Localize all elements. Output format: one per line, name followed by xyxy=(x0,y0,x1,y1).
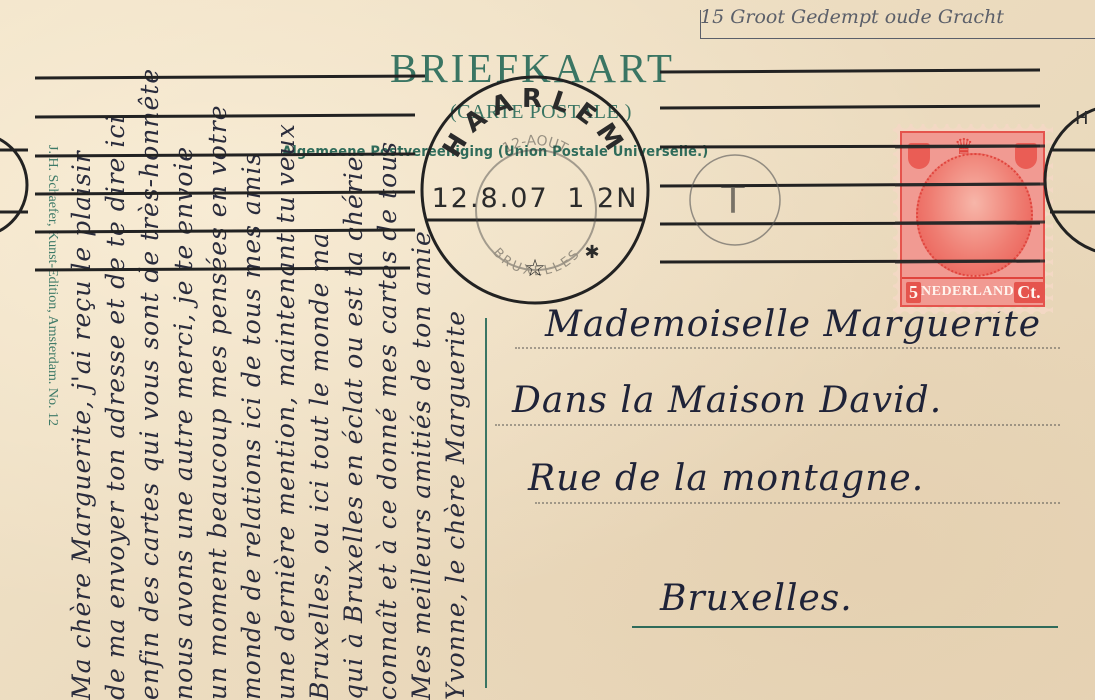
message-line: Bruxelles, ou ici tout le monde ma xyxy=(305,232,334,700)
message-line: de ma envoyer ton adresse et de te dire … xyxy=(101,115,130,700)
postmark-star-icon: ☆ xyxy=(524,254,546,282)
postmark-star-icon: ✱ xyxy=(584,242,599,263)
coat-of-arms-icon xyxy=(908,143,930,169)
message-line: nous avons une autre merci, je te envoie xyxy=(169,146,198,700)
address-line-city: Bruxelles. xyxy=(660,578,853,619)
message-line: connaît et à ce donné mes cartes de tous xyxy=(373,141,402,700)
message-line: Ma chère Marguerite, j'ai reçu le plaisi… xyxy=(67,150,96,700)
publisher-imprint: J. H. Schaefer, Kunst-Edition, Amsterdam… xyxy=(44,145,60,615)
message-line: une dernière mention, maintenant tu veux xyxy=(271,123,300,700)
message-line: Yvonne, le chère Marguerite xyxy=(441,310,470,700)
address-rule-final xyxy=(632,626,1058,628)
message-line: enfin des cartes qui vous sont de très-h… xyxy=(135,68,164,700)
coat-of-arms-icon xyxy=(1015,143,1037,169)
tax-mark: T xyxy=(690,155,780,245)
tax-mark-letter: T xyxy=(720,178,745,222)
postmark-time: 1 2N xyxy=(567,183,638,214)
handwritten-message: Ma chère Marguerite, j'ai reçu le plaisi… xyxy=(65,10,485,700)
stamp-value-bar: 5 NEDERLAND Ct. xyxy=(902,277,1043,305)
stamp-denomination: 5 xyxy=(906,282,921,303)
return-address-note: 15 Groot Gedempt oude Gracht xyxy=(700,6,1004,28)
stamp-country: NEDERLAND xyxy=(921,284,1014,300)
message-address-divider xyxy=(485,318,487,688)
address-line-street: Rue de la montagne. xyxy=(528,458,924,499)
address-rule xyxy=(515,347,1060,349)
message-line: Mes meilleurs amitiés de ton amie xyxy=(407,230,436,700)
transit-city: BRUXELLES xyxy=(490,245,585,279)
message-line: qui à Bruxelles en éclat ou est ta chéri… xyxy=(339,155,368,700)
address-rule xyxy=(495,424,1060,426)
address-line-care-of: Dans la Maison David. xyxy=(512,380,942,421)
queen-portrait-icon xyxy=(916,153,1033,277)
postcard-back: BRIEFKAART (CARTE POSTALE.) Algemeene Po… xyxy=(0,0,1095,700)
address-rule xyxy=(535,502,1060,504)
edge-postmark-letter: H xyxy=(1075,108,1089,129)
svg-text:BRUXELLES: BRUXELLES xyxy=(490,245,585,279)
postage-stamp: ♛ 5 NEDERLAND Ct. xyxy=(900,131,1045,307)
message-line: un moment beaucoup mes pensées en votre xyxy=(203,104,232,700)
stamp-currency: Ct. xyxy=(1014,282,1044,303)
message-line: monde de relations ici de tous mes amis xyxy=(237,152,266,700)
edge-postmark-left xyxy=(0,133,27,237)
